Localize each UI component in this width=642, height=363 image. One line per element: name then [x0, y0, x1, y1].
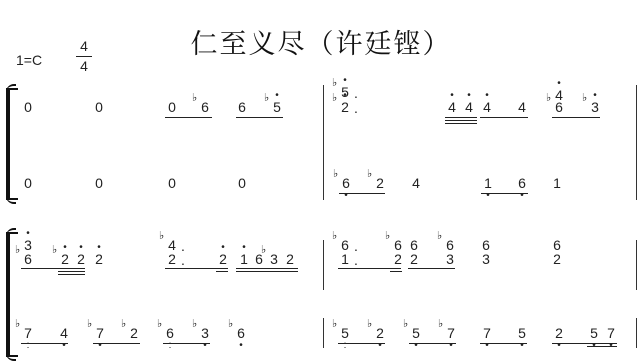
note-digit: 2 — [394, 251, 402, 267]
duration-underline — [552, 343, 617, 344]
note: 6 — [551, 238, 563, 252]
barline — [636, 240, 637, 290]
flat-icon: ♭ — [367, 317, 372, 331]
note-digit: 1 — [341, 251, 349, 267]
note: 6 — [408, 238, 420, 252]
note-digit: 7 — [607, 325, 615, 341]
duration-underline — [481, 193, 528, 194]
note: 3♭• — [589, 100, 601, 114]
note-digit: 4 — [518, 99, 526, 115]
duration-underline — [409, 343, 456, 344]
note: 2 — [408, 252, 420, 266]
flat-icon: ♭ — [332, 317, 337, 331]
note: 2• — [93, 252, 105, 266]
note: 3• — [22, 238, 34, 252]
duration-underline — [445, 123, 477, 124]
note: 0 — [93, 176, 105, 190]
note-digit: 3 — [446, 251, 454, 267]
key-signature: 1=C — [16, 52, 42, 68]
note-digit: 2 — [341, 99, 349, 115]
duration-underline — [552, 117, 600, 118]
note-digit: 6 — [201, 99, 209, 115]
note: 0 — [93, 100, 105, 114]
note-digit: 0 — [24, 99, 32, 115]
duration-underline — [338, 343, 385, 344]
note-digit: 1 — [240, 251, 248, 267]
note: 6♭ — [553, 100, 565, 114]
score-title: 仁至义尽（许廷铿） — [0, 22, 642, 61]
time-sig-top: 4 — [76, 38, 92, 55]
note-digit: 4 — [448, 99, 456, 115]
note: 6♭ — [444, 238, 456, 252]
flat-icon: ♭ — [546, 91, 551, 105]
note: 7♭: — [22, 326, 34, 340]
note-digit: 2 — [130, 325, 138, 341]
note: 0 — [236, 176, 248, 190]
octave-dot-above-icon: • — [339, 78, 351, 84]
note-digit: 6 — [24, 251, 32, 267]
note: 7• — [481, 326, 493, 340]
note: 2• — [75, 252, 87, 266]
octave-dot-above-icon: • — [93, 245, 105, 251]
flat-icon: ♭ — [437, 229, 442, 243]
note: 3 — [444, 252, 456, 266]
note: 2♭ — [374, 176, 386, 190]
time-signature: 4 4 — [76, 38, 92, 75]
flat-icon: ♭ — [332, 229, 337, 243]
note-digit: 5 — [273, 99, 281, 115]
note: 4• — [446, 100, 458, 114]
note: 1 — [339, 252, 351, 266]
note: 2 — [551, 252, 563, 266]
note-digit: 4 — [465, 99, 473, 115]
octave-dot-above-icon: • — [271, 93, 283, 99]
note-digit: 6 — [342, 175, 350, 191]
note-digit: 0 — [95, 175, 103, 191]
note: 7♭• — [445, 326, 457, 340]
note-digit: 5 — [518, 325, 526, 341]
note: 4 — [410, 176, 422, 190]
duration-underline — [408, 268, 455, 269]
note-digit: 2 — [553, 251, 561, 267]
note: 6♭ — [199, 100, 211, 114]
note-digit: 0 — [168, 175, 176, 191]
duration-underline — [390, 271, 402, 272]
note: 6♭ — [339, 238, 351, 252]
note: 5♭• — [410, 326, 422, 340]
note-digit: 2 — [61, 251, 69, 267]
note-digit: 6 — [518, 175, 526, 191]
augmentation-dot-icon: . — [354, 252, 358, 268]
note: 2♭• — [374, 326, 386, 340]
duration-underline — [58, 274, 85, 275]
duration-underline — [445, 117, 477, 118]
note-digit: 7 — [447, 325, 455, 341]
flat-icon: ♭ — [52, 243, 57, 257]
augmentation-dot-icon: . — [354, 100, 358, 116]
duration-underline — [58, 271, 85, 272]
note-digit: 4 — [60, 325, 68, 341]
duration-underline — [165, 117, 212, 118]
octave-dot-above-icon: • — [75, 245, 87, 251]
note-digit: 2 — [555, 325, 563, 341]
flat-icon: ♭ — [385, 229, 390, 243]
duration-underline — [339, 193, 385, 194]
duration-underline — [587, 346, 617, 347]
note: 6♭• — [340, 176, 352, 190]
note: 6♭ — [392, 238, 404, 252]
duration-underline — [163, 343, 210, 344]
flat-icon: ♭ — [261, 243, 266, 257]
note: 7• — [605, 326, 617, 340]
barline — [323, 240, 324, 290]
system-brace — [6, 88, 18, 200]
note: 1• — [482, 176, 494, 190]
note-digit: 3 — [482, 251, 490, 267]
note: 2 — [392, 252, 404, 266]
note-digit: 6 — [166, 325, 174, 341]
note-digit: 4 — [412, 175, 420, 191]
note-digit: 7 — [483, 325, 491, 341]
note: 2♭ — [128, 326, 140, 340]
time-sig-bottom: 4 — [76, 58, 92, 75]
note: 2♭• — [59, 252, 71, 266]
octave-dot-above-icon: • — [446, 93, 458, 99]
note: 2• — [553, 326, 565, 340]
augmentation-dot-icon: . — [181, 252, 185, 268]
note: 0 — [22, 176, 34, 190]
duration-underline — [165, 268, 228, 269]
note: 0 — [22, 100, 34, 114]
duration-underline — [21, 343, 68, 344]
note: 2• — [217, 252, 229, 266]
duration-underline — [480, 117, 528, 118]
note: 5♭• — [271, 100, 283, 114]
flat-icon: ♭ — [333, 167, 338, 181]
note-digit: 0 — [95, 99, 103, 115]
octave-dot-above-icon: • — [217, 245, 229, 251]
octave-dot-above-icon: • — [339, 93, 351, 99]
note: 1• — [238, 252, 250, 266]
note-digit: 2 — [168, 251, 176, 267]
note-digit: 5 — [341, 325, 349, 341]
barline — [323, 318, 324, 348]
note: 5• — [588, 326, 600, 340]
octave-dot-above-icon: • — [59, 245, 71, 251]
flat-icon: ♭ — [15, 317, 20, 331]
note: 0 — [166, 176, 178, 190]
augmentation-dot-icon: . — [354, 85, 358, 101]
note-digit: 2 — [77, 251, 85, 267]
note-digit: 3 — [591, 99, 599, 115]
note: 4• — [463, 100, 475, 114]
octave-dot-above-icon: • — [481, 93, 493, 99]
barline — [323, 85, 324, 200]
note: 2 — [284, 252, 296, 266]
flat-icon: ♭ — [121, 317, 126, 331]
note-digit: 2 — [376, 325, 384, 341]
flat-icon: ♭ — [582, 91, 587, 105]
duration-underline — [216, 271, 228, 272]
flat-icon: ♭ — [87, 317, 92, 331]
duration-underline — [445, 120, 477, 121]
flat-icon: ♭ — [332, 76, 337, 90]
flat-icon: ♭ — [192, 317, 197, 331]
flat-icon: ♭ — [367, 167, 372, 181]
note-digit: 0 — [238, 175, 246, 191]
flat-icon: ♭ — [264, 91, 269, 105]
note: 0 — [166, 100, 178, 114]
duration-underline — [21, 268, 85, 269]
octave-dot-above-icon: • — [22, 231, 34, 237]
duration-underline — [236, 268, 298, 269]
note: 1 — [551, 176, 563, 190]
octave-dot-above-icon: • — [463, 93, 475, 99]
duration-underline — [236, 271, 298, 272]
note: 3♭ — [268, 252, 280, 266]
flat-icon: ♭ — [332, 91, 337, 105]
note-digit: 5 — [590, 325, 598, 341]
note-digit: 2 — [219, 251, 227, 267]
flat-icon: ♭ — [403, 317, 408, 331]
note: 3 — [480, 252, 492, 266]
flat-icon: ♭ — [157, 317, 162, 331]
duration-underline — [236, 117, 283, 118]
note-digit: 0 — [168, 99, 176, 115]
note-digit: 3 — [270, 251, 278, 267]
flat-icon: ♭ — [159, 229, 164, 243]
note-digit: 3 — [201, 325, 209, 341]
note: 4 — [516, 100, 528, 114]
flat-icon: ♭ — [228, 317, 233, 331]
note: 6• — [516, 176, 528, 190]
note-digit: 6 — [237, 325, 245, 341]
flat-icon: ♭ — [192, 91, 197, 105]
note: 3♭• — [199, 326, 211, 340]
note: 7♭• — [94, 326, 106, 340]
note: 4♭ — [166, 238, 178, 252]
note-digit: 5 — [412, 325, 420, 341]
note-digit: 2 — [95, 251, 103, 267]
note: 6♭: — [164, 326, 176, 340]
note-digit: 2 — [376, 175, 384, 191]
note-digit: 1 — [553, 175, 561, 191]
octave-dot-above-icon: • — [553, 81, 565, 87]
octave-dot-above-icon: • — [238, 245, 250, 251]
time-sig-divider — [76, 56, 92, 57]
note: 2 — [166, 252, 178, 266]
note-digit: 6 — [238, 99, 246, 115]
note: 5♭: — [339, 326, 351, 340]
note: 6 — [480, 238, 492, 252]
note-digit: 1 — [484, 175, 492, 191]
octave-dot-below-icon: • — [235, 343, 247, 349]
note-digit: 4 — [483, 99, 491, 115]
note: 6♭• — [235, 326, 247, 340]
note-digit: 2 — [286, 251, 294, 267]
flat-icon: ♭ — [438, 317, 443, 331]
note-digit: 2 — [410, 251, 418, 267]
octave-dot-above-icon: • — [589, 93, 601, 99]
note: 4• — [481, 100, 493, 114]
note: 6♭ — [22, 252, 34, 266]
duration-underline — [93, 343, 140, 344]
barline — [636, 85, 637, 200]
note-digit: 6 — [555, 99, 563, 115]
note-digit: 0 — [24, 175, 32, 191]
flat-icon: ♭ — [15, 243, 20, 257]
note: 6 — [236, 100, 248, 114]
duration-underline — [338, 268, 401, 269]
barline — [636, 318, 637, 348]
duration-underline — [480, 343, 527, 344]
note-digit: 7 — [24, 325, 32, 341]
note: 5• — [516, 326, 528, 340]
note-digit: 7 — [96, 325, 104, 341]
note: 2♭• — [339, 100, 351, 114]
note: 4• — [58, 326, 70, 340]
